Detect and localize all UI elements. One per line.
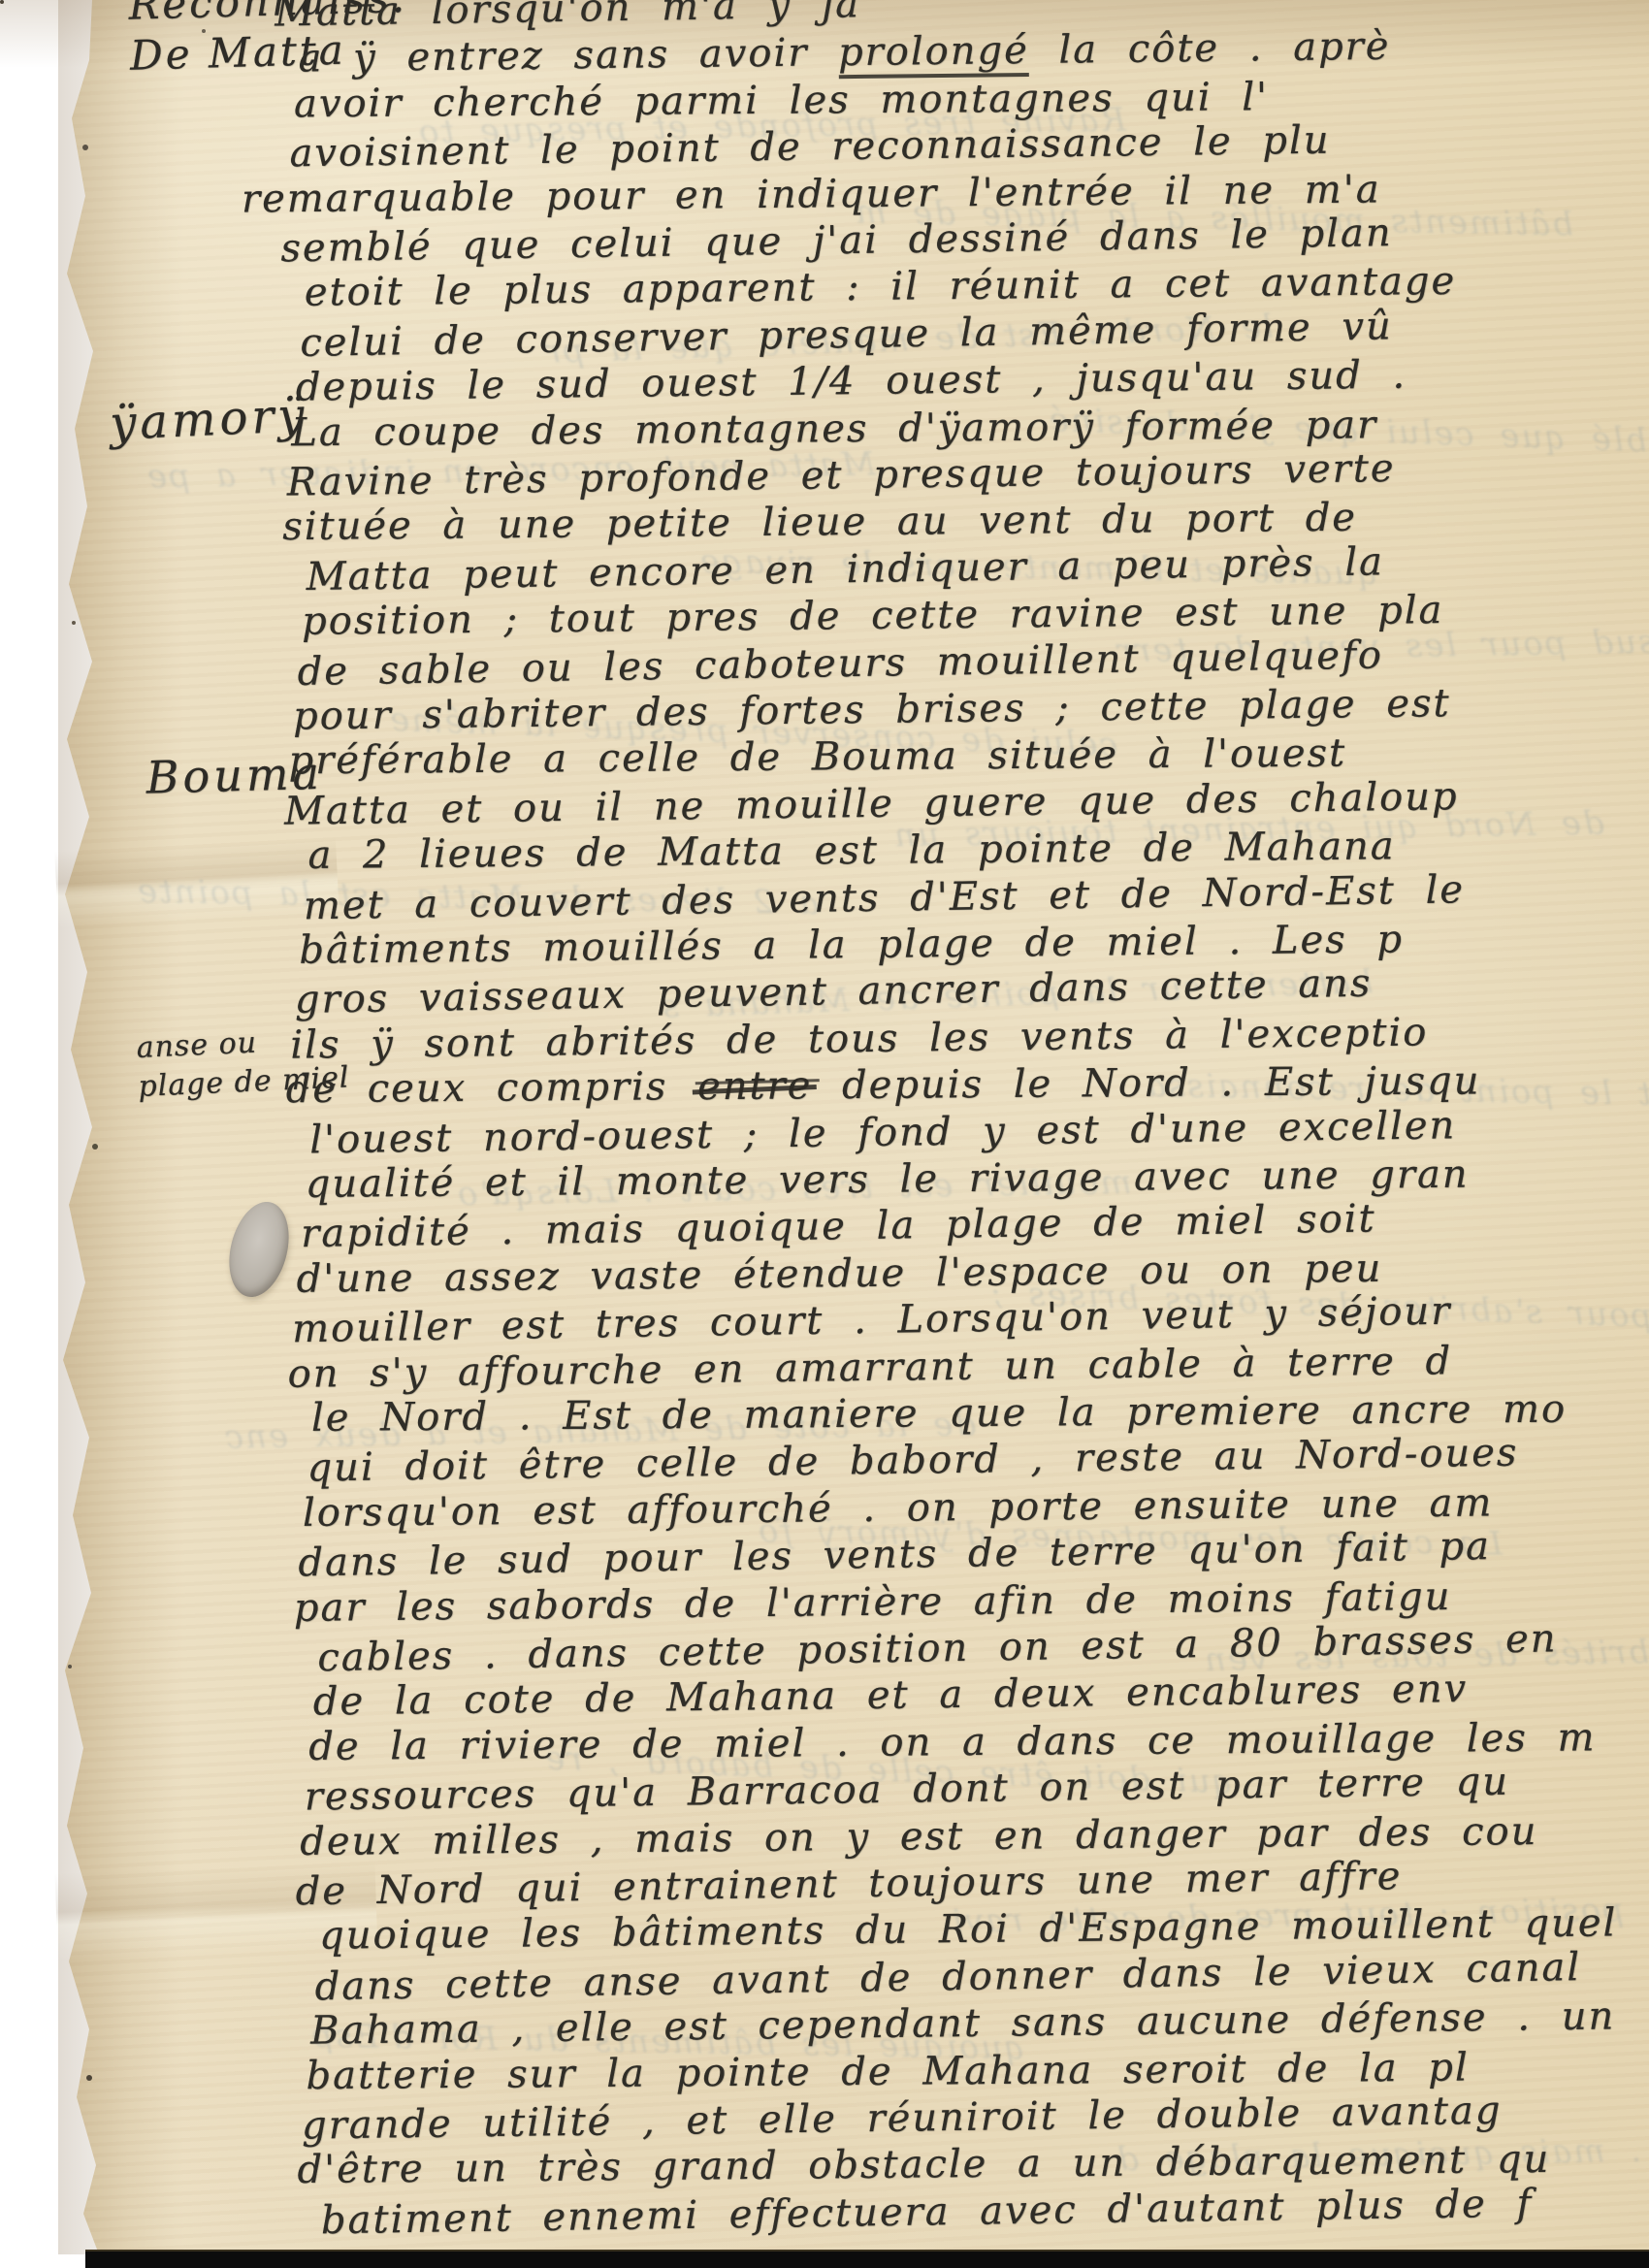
line-text: La coupe des montagnes d'ÿamorÿ formée p… [291,403,1377,455]
manuscript-line: Ravine très profonde et presque toujours… [287,447,1396,504]
manuscript-line: a ÿ entrez sans avoir prolongé la côte .… [298,25,1390,81]
manuscript-line: préférable a celle de Bouma située à l'o… [288,732,1346,783]
manuscript-line: La coupe des montagnes d'ÿamorÿ formée p… [291,404,1377,454]
line-text: préférable a celle de Bouma située à l'o… [288,731,1346,784]
manuscript-line: l'ouest nord-ouest ; le fond y est d'une… [309,1104,1456,1161]
margin-note-yamorij: ÿamorÿ [109,388,309,451]
manuscript-line: située à une petite lieue au vent du por… [282,497,1357,548]
manuscript-line: avoisinent le point de reconnaissance le… [289,119,1331,176]
line-text: a ÿ entrez sans avoir [298,31,838,81]
line-text: avoisinent le point de reconnaissance le… [289,118,1331,177]
manuscript-line: batiment ennemi effectuera avec d'autant… [321,2182,1534,2242]
underlined-word: prolongé [838,28,1029,79]
margin-note-line: ÿamorÿ [109,388,309,451]
manuscript-line: a 2 lieues de Matta est la pointe de Mah… [307,825,1396,877]
line-text: depuis le Nord . Est jusqu [812,1059,1480,1109]
line-text: de ceux compris [286,1064,698,1112]
manuscript-line: ressources qu'a Barracoa dont on est par… [305,1761,1510,1819]
handwriting-layer: Reconnaiss. De Matta ÿamorÿ Bouma anse o… [0,0,1649,2268]
manuscript-scan-page: { "document": { "kind": "handwritten man… [0,0,1649,2268]
paper-specks [0,0,4,4]
scanner-edge-bar [85,2250,1649,2268]
line-text: avoir cherché parmi les montagnes qui l' [294,75,1269,126]
scanned-manuscript: Ravine très profonde et presque tobâtime… [0,0,1649,2268]
manuscript-line: Matta lorsqu'on m'a y ja [275,0,861,35]
manuscript-line: batterie sur la pointe de Mahana seroit … [306,2046,1470,2097]
manuscript-line: de ceux compris entre depuis le Nord . E… [286,1060,1481,1112]
line-text: la côte . aprè [1029,24,1391,73]
manuscript-line: avoir cherché parmi les montagnes qui l' [294,76,1269,125]
struck-through-word: entre [697,1064,813,1110]
